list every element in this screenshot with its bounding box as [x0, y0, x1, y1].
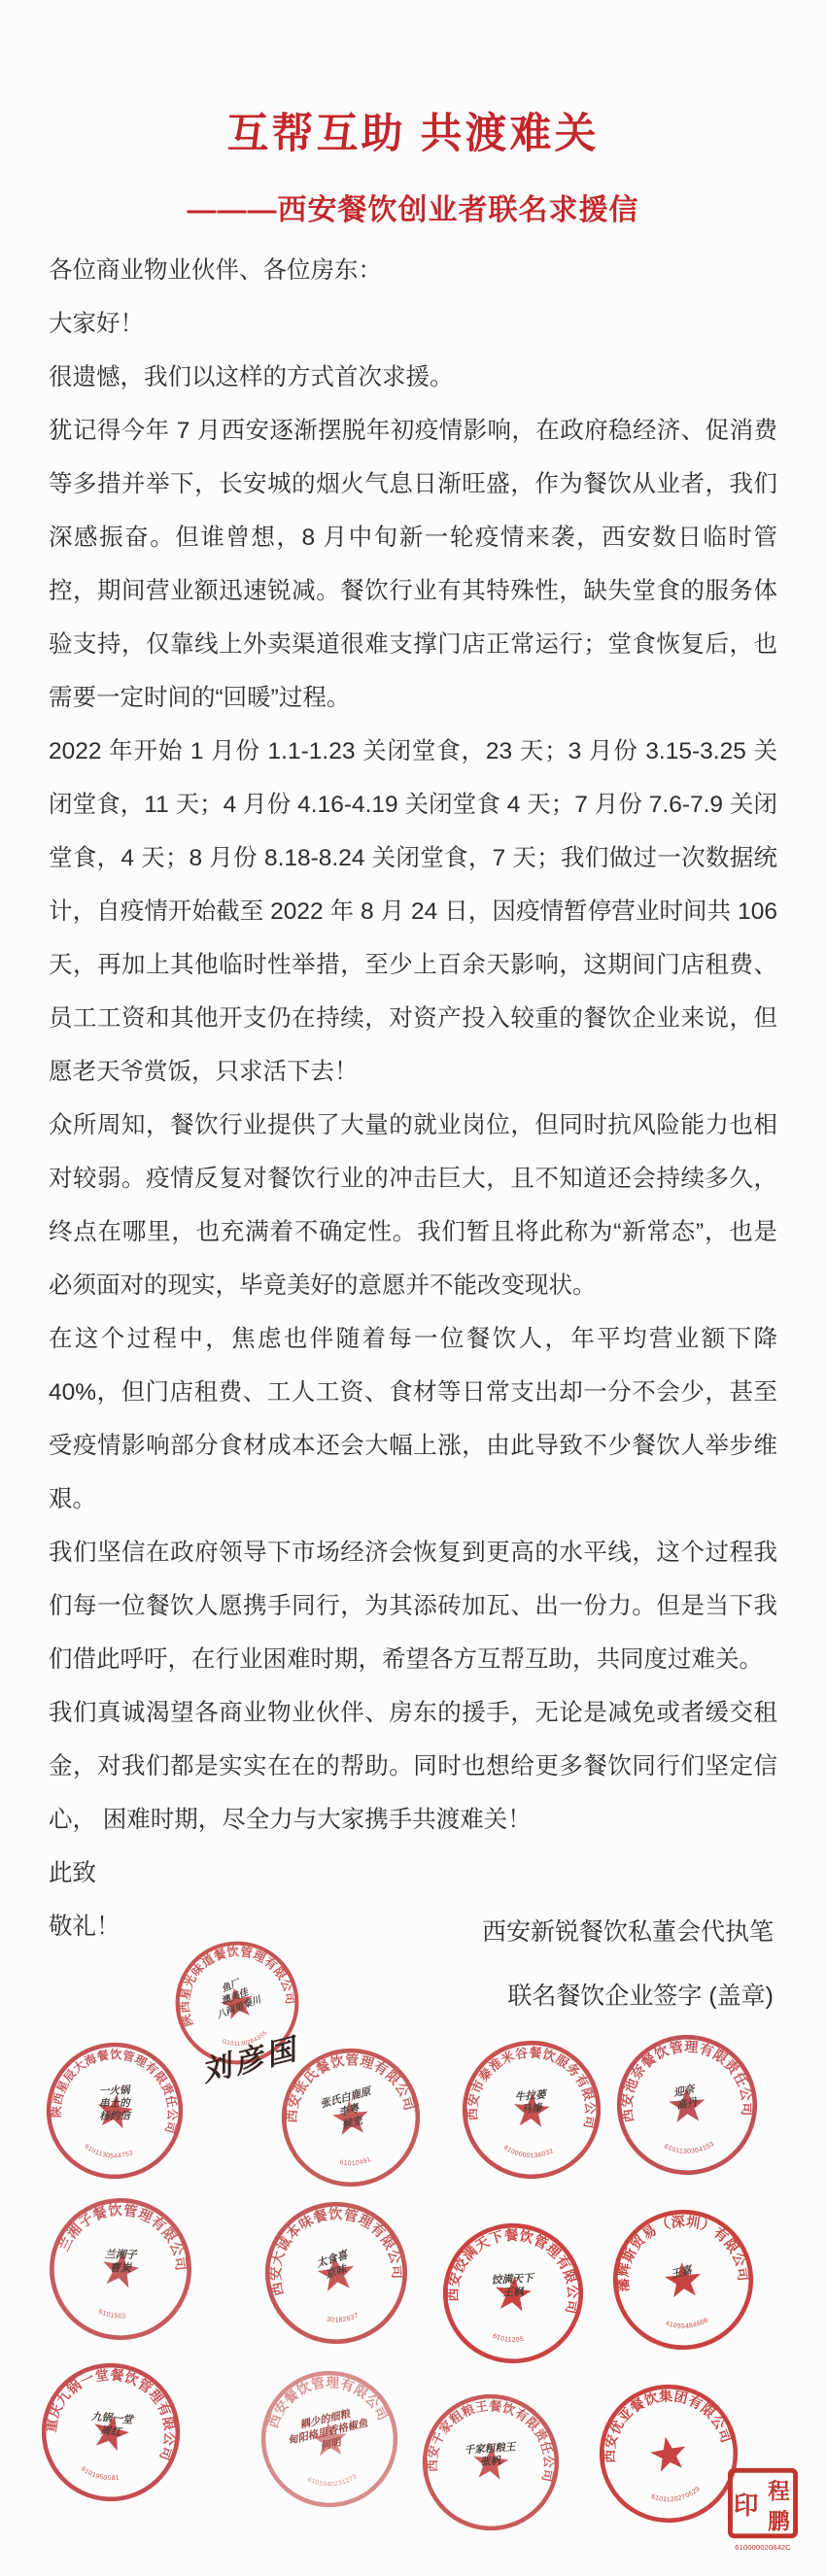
company-seal: 西安千家粗粮王餐饮有限责任公司 千家粗粮王张帆 — [414, 2386, 568, 2539]
svg-text:6101120270529: 6101120270529 — [649, 2485, 703, 2507]
salutation: 各位商业物业伙伴、各位房东： — [49, 244, 777, 297]
svg-text:鹏: 鹏 — [768, 2509, 790, 2533]
svg-text:6101130304153: 6101130304153 — [663, 2141, 716, 2157]
company-seal: 兰湘子餐饮管理有限公司 6101502兰湘子曹炭 — [35, 2184, 206, 2355]
svg-text:张氏白鹿原: 张氏白鹿原 — [319, 2085, 374, 2111]
svg-text:京味: 京味 — [323, 2262, 350, 2282]
company-seal: 西安餐饮管理有限公司 6101040231273耦少的细粮甸阳格里香格椒鱼何明 — [254, 2363, 405, 2515]
svg-text:一火锅: 一火锅 — [99, 2084, 132, 2097]
svg-text:何明: 何明 — [319, 2435, 344, 2453]
paragraph: 我们真诚渴望各商业物业伙伴、房东的援手，无论是减免或者缓交租金，对我们都是实实在… — [49, 1686, 777, 1847]
svg-text:陕西星辰大海餐饮管理有限责任公司: 陕西星辰大海餐饮管理有限责任公司 — [48, 2038, 189, 2135]
signoff-author: 西安新锐餐饮私董会代执笔 — [482, 1900, 774, 1964]
paragraph: 我们坚信在政府领导下市场经济会恢复到更高的水平线，这个过程我们每一位餐饮人愿携手… — [49, 1526, 777, 1686]
closing-cizhi: 此致 — [49, 1847, 777, 1900]
signoff-instruction: 联名餐饮企业签字 (盖章) — [482, 1964, 774, 2028]
svg-text:西安市秦淮米谷餐饮服务有限公司: 西安市秦淮米谷餐饮服务有限公司 — [464, 2041, 602, 2130]
svg-text:61010491: 61010491 — [338, 2156, 372, 2169]
svg-text:兰湘子: 兰湘子 — [105, 2248, 138, 2261]
letter-subtitle: ———西安餐饮创业者联名求援信 — [49, 186, 777, 228]
company-seal: 陕西星辰大海餐饮管理有限责任公司 6101130544752一火锅串士的杨约信 — [35, 2031, 195, 2191]
svg-text:程: 程 — [768, 2479, 790, 2504]
svg-text:西安餐饮管理有限公司: 西安餐饮管理有限公司 — [262, 2370, 392, 2431]
svg-text:甸阳格里香格椒鱼: 甸阳格里香格椒鱼 — [287, 2416, 369, 2447]
svg-text:西安张氏餐饮管理有限公司: 西安张氏餐饮管理有限公司 — [277, 2045, 418, 2124]
paragraph: 大家好！ — [49, 297, 777, 351]
svg-text:迎奈: 迎奈 — [672, 2083, 698, 2100]
svg-text:6101130544752: 6101130544752 — [83, 2143, 136, 2163]
svg-text:李粤: 李粤 — [337, 2101, 361, 2118]
company-seal: 西安池奈餐饮管理有限责任公司 6101130304153迎奈高丹 — [610, 2028, 764, 2182]
svg-text:41055484666: 41055484666 — [664, 2317, 710, 2332]
svg-text:串士的: 串士的 — [99, 2096, 132, 2110]
letter-document: 互帮互助 共渡难关 ———西安餐饮创业者联名求援信 各位商业物业伙伴、各位房东：… — [0, 0, 826, 2576]
svg-text:西安池奈餐饮管理有限责任公司: 西安池奈餐饮管理有限责任公司 — [615, 2035, 756, 2123]
svg-text:6101040231273: 6101040231273 — [306, 2473, 359, 2490]
svg-text:九锅一堂: 九锅一堂 — [90, 2410, 136, 2426]
svg-text:藩辉斯贸易（深圳）有限公司: 藩辉斯贸易（深圳）有限公司 — [609, 2208, 751, 2292]
svg-text:30182837: 30182837 — [325, 2312, 360, 2326]
svg-text:马溱: 马溱 — [521, 2101, 544, 2116]
svg-text:印: 印 — [734, 2492, 759, 2520]
svg-text:太食喜: 太食喜 — [314, 2248, 351, 2270]
handwritten-signature: 刘彦国 — [196, 2024, 303, 2089]
svg-text:重庆九锅一堂餐饮管理有限公司: 重庆九锅一堂餐饮管理有限公司 — [42, 2353, 192, 2463]
svg-text:候宠: 候宠 — [340, 2114, 365, 2132]
svg-text:西安优亚餐饮集团有限公司: 西安优亚餐饮集团有限公司 — [591, 2377, 736, 2465]
paragraph: 2022 年开始 1 月份 1.1-1.23 关闭堂食，23 天；3 月份 3.… — [49, 725, 777, 1099]
svg-text:王枫: 王枫 — [502, 2286, 525, 2299]
svg-text:千家粗粮王: 千家粗粮王 — [464, 2440, 517, 2457]
svg-text:6101950581: 6101950581 — [79, 2465, 121, 2486]
svg-text:杨约信: 杨约信 — [99, 2109, 132, 2122]
company-seal: 西安张氏餐饮管理有限公司 61010491张氏白鹿原李粤候宠 — [272, 2039, 430, 2197]
paragraph: 在这个过程中，焦虑也伴随着每一位餐饮人，年平均营业额下降 40%，但门店租费、工… — [49, 1312, 777, 1526]
signoff-row: 敬礼！ 西安新锐餐饮私董会代执笔 联名餐饮企业签字 (盖章) — [49, 1900, 777, 2028]
company-seal: 重庆九锅一堂餐饮管理有限公司 6101950581九锅一堂周红 — [23, 2345, 197, 2519]
company-seal: 西安大诚本味餐饮管理有限公司 30182837太食喜京味 — [253, 2189, 420, 2356]
company-seal: 西安饺满天下餐饮管理有限公司 61011205饺满天下王枫 — [433, 2214, 594, 2374]
paragraph: 众所周知，餐饮行业提供了大量的就业岗位，但同时抗风险能力也相对较弱。疫情反复对餐… — [49, 1099, 777, 1312]
svg-text:曹炭: 曹炭 — [110, 2261, 133, 2274]
svg-text:61011205: 61011205 — [491, 2332, 525, 2345]
paragraph: 犹记得今年 7 月西安逐渐摆脱年初疫情影响，在政府稳经济、促消费等多措并举下，长… — [49, 404, 777, 725]
square-name-seal: 印 程 鹏 610000020842C — [727, 2467, 799, 2555]
paragraph: 很遗憾，我们以这样的方式首次求援。 — [49, 351, 777, 404]
svg-text:610000020842C: 610000020842C — [735, 2543, 791, 2552]
company-seal: 藩辉斯贸易（深圳）有限公司 41055484666王嘉 — [604, 2201, 763, 2359]
svg-text:西安饺满天下餐饮管理有限公司: 西安饺满天下餐饮管理有限公司 — [443, 2220, 588, 2316]
company-seal: 西安市秦淮米谷餐饮服务有限公司 6100000136032牛拉蒌马溱 — [455, 2033, 608, 2186]
letter-body: 各位商业物业伙伴、各位房东： 大家好！ 很遗憾，我们以这样的方式首次求援。 犹记… — [49, 244, 777, 1847]
svg-text:G1011302843S5: G1011302843S5 — [220, 2029, 270, 2051]
signoff-block: 西安新锐餐饮私董会代执笔 联名餐饮企业签字 (盖章) — [482, 1900, 777, 2028]
regards-jingli: 敬礼！ — [49, 1900, 120, 1953]
svg-text:兰湘子餐饮管理有限公司: 兰湘子餐饮管理有限公司 — [53, 2190, 200, 2275]
svg-text:高丹: 高丹 — [675, 2095, 700, 2112]
svg-text:6100000136032: 6100000136032 — [501, 2144, 555, 2161]
svg-text:周红: 周红 — [99, 2423, 124, 2438]
svg-text:张帆: 张帆 — [480, 2455, 502, 2468]
svg-text:西安千家粗粮王餐饮有限责任公司: 西安千家粗粮王餐饮有限责任公司 — [424, 2393, 562, 2484]
svg-text:牛拉蒌: 牛拉蒌 — [514, 2087, 548, 2103]
svg-text:6101502: 6101502 — [97, 2308, 128, 2322]
svg-text:饺满天下: 饺满天下 — [491, 2272, 535, 2287]
svg-text:西安大诚本味餐饮管理有限公司: 西安大诚本味餐饮管理有限公司 — [258, 2196, 408, 2298]
svg-text:王嘉: 王嘉 — [670, 2263, 695, 2281]
company-seal: 西安优亚餐饮集团有限公司 6101120270529 — [585, 2370, 751, 2536]
letter-title: 互帮互助 共渡难关 — [49, 0, 777, 160]
letter-content: 互帮互助 共渡难关 ———西安餐饮创业者联名求援信 各位商业物业伙伴、各位房东：… — [0, 0, 826, 2028]
svg-text:耦少的细粮: 耦少的细粮 — [298, 2407, 353, 2431]
